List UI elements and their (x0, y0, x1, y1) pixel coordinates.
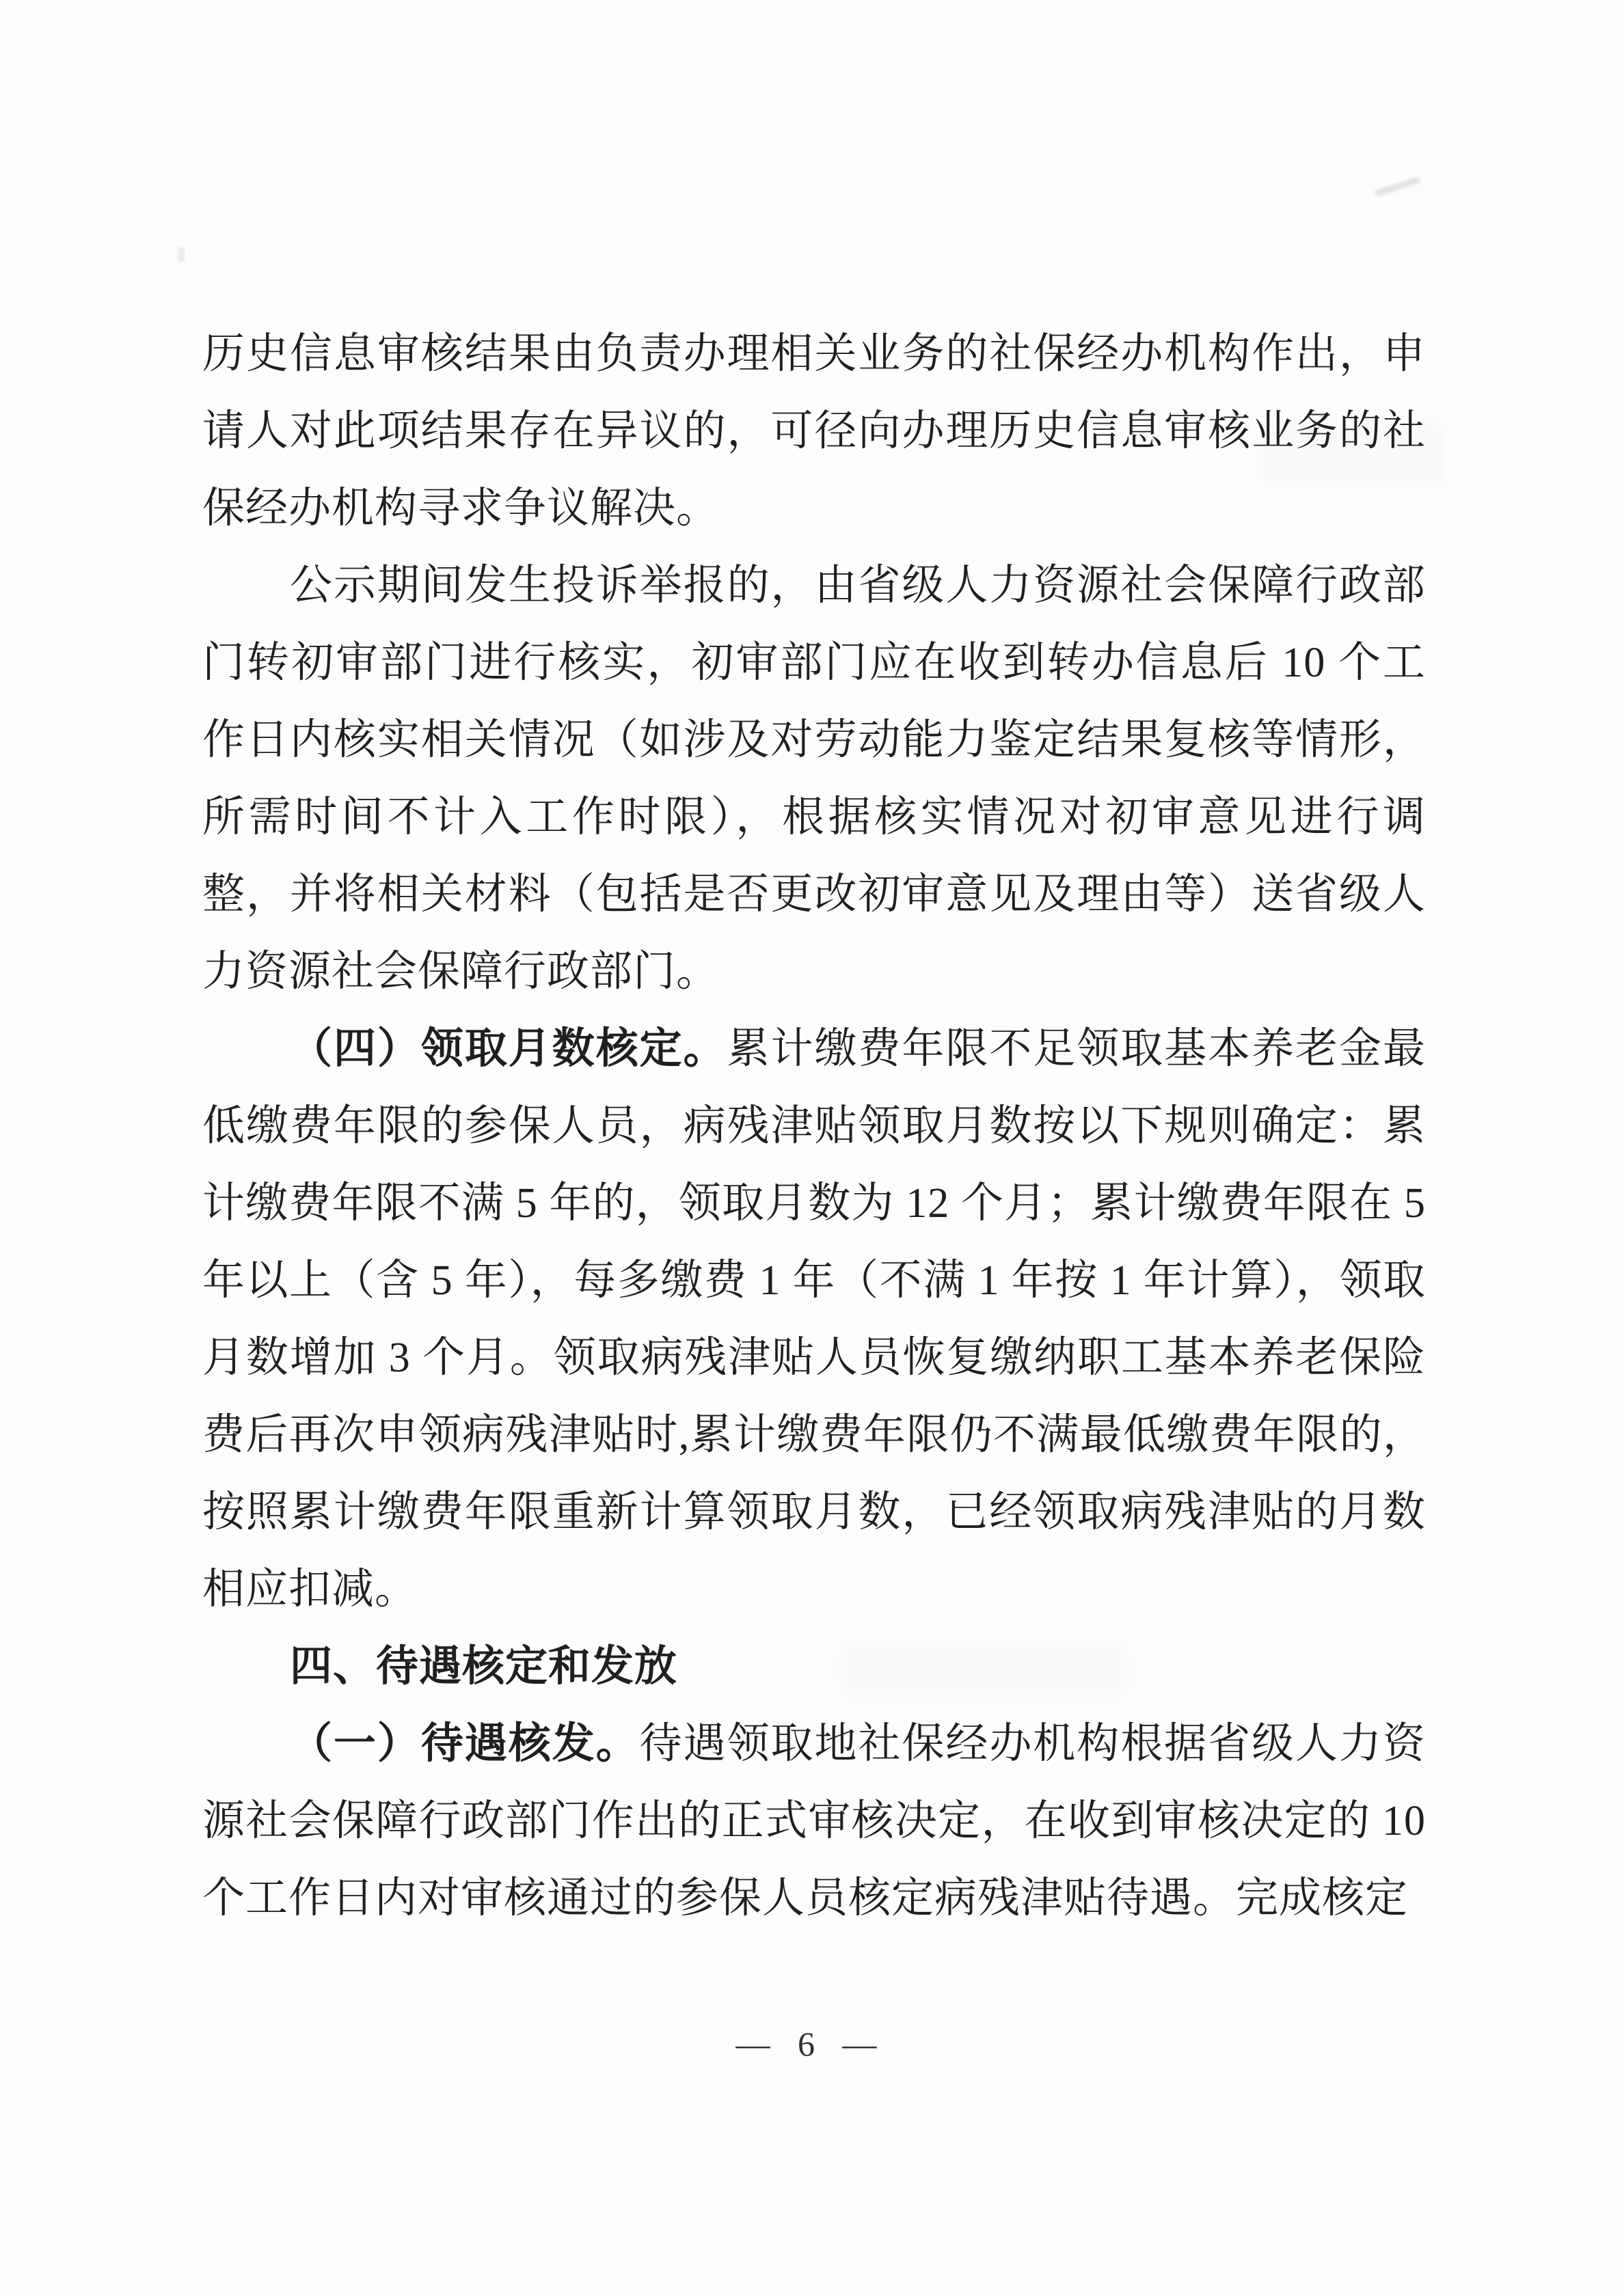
scan-smudge-top-right (1374, 176, 1422, 197)
paragraph: （四）领取月数核定。累计缴费年限不足领取基本养老金最低缴费年限的参保人员，病残津… (202, 1011, 1426, 1628)
paragraph: 公示期间发生投诉举报的，由省级人力资源社会保障行政部门转初审部门进行核实，初审部… (202, 547, 1426, 1011)
paragraph: 历史信息审核结果由负责办理相关业务的社保经办机构作出，申请人对此项结果存在异议的… (202, 316, 1426, 547)
scanned-document-page: 历史信息审核结果由负责办理相关业务的社保经办机构作出，申请人对此项结果存在异议的… (0, 0, 1622, 2296)
page-footer: — 6 — (0, 2024, 1622, 2064)
section-heading-text: 四、待遇核定和发放 (290, 1643, 677, 1690)
page-number: — 6 — (736, 2025, 887, 2063)
paragraph-text: 公示期间发生投诉举报的，由省级人力资源社会保障行政部门转初审部门进行核实，初审部… (202, 562, 1426, 995)
section-heading: 四、待遇核定和发放 (202, 1628, 1426, 1706)
document-body: 历史信息审核结果由负责办理相关业务的社保经办机构作出，申请人对此项结果存在异议的… (202, 316, 1426, 1937)
paragraph-bold-lead: （一）待遇核发。 (290, 1721, 640, 1767)
paragraph-text: 累计缴费年限不足领取基本养老金最低缴费年限的参保人员，病残津贴领取月数按以下规则… (202, 1026, 1426, 1613)
paragraph: （一）待遇核发。待遇领取地社保经办机构根据省级人力资源社会保障行政部门作出的正式… (202, 1706, 1426, 1937)
paragraph-text: 历史信息审核结果由负责办理相关业务的社保经办机构作出，申请人对此项结果存在异议的… (202, 331, 1426, 532)
scan-speck-left (178, 247, 185, 262)
paragraph-bold-lead: （四）领取月数核定。 (290, 1026, 727, 1072)
